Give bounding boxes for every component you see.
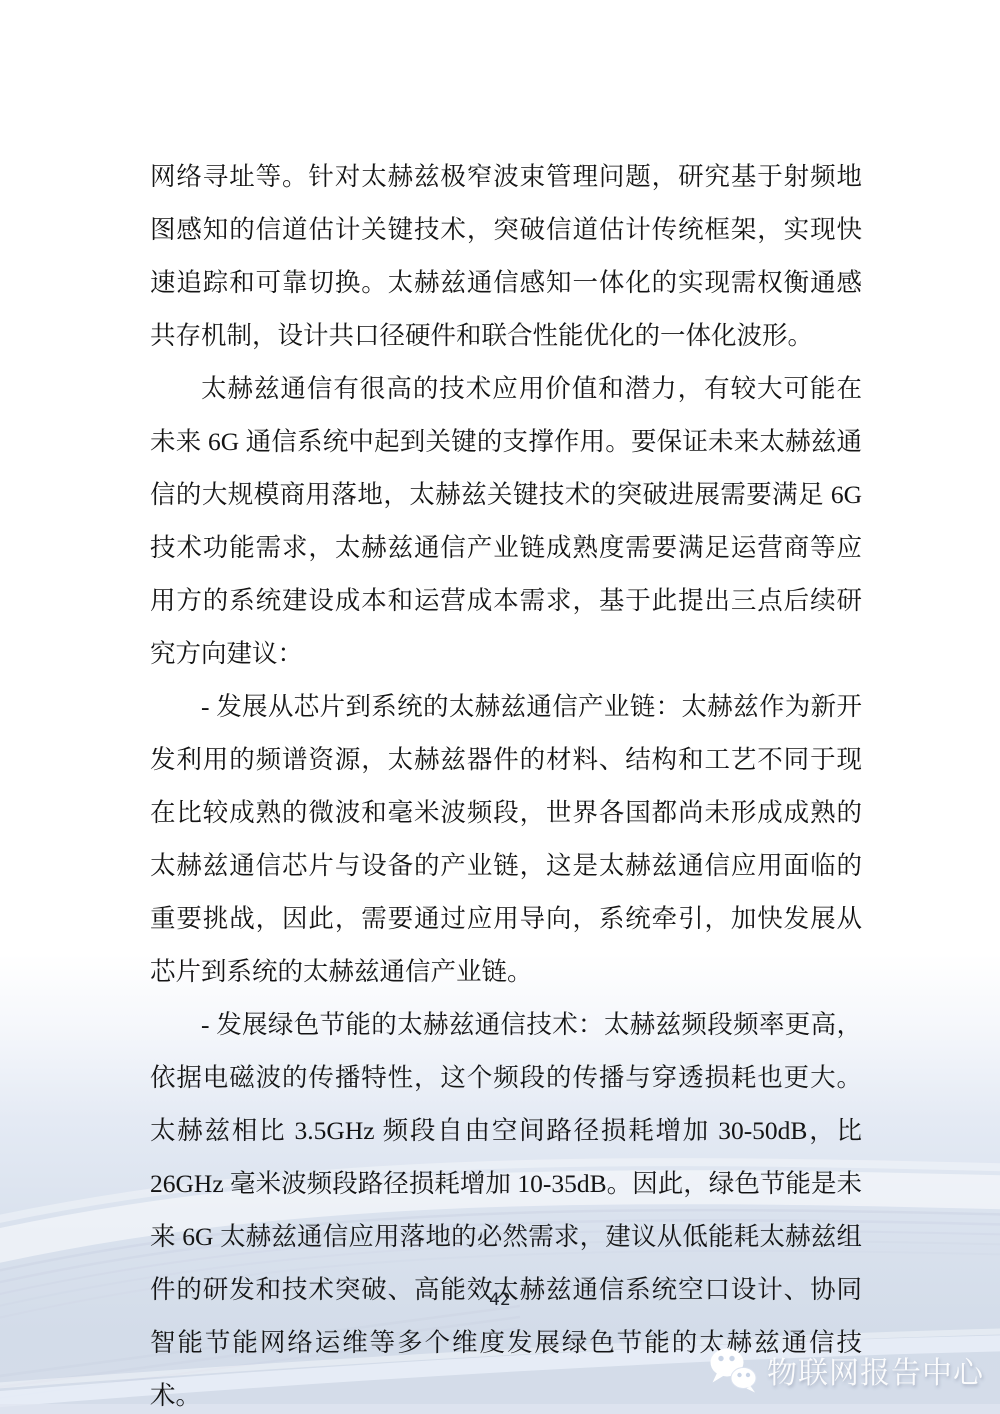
body-paragraph: 网络寻址等。针对太赫兹极窄波束管理问题，研究基于射频地图感知的信道估计关键技术，… bbox=[150, 150, 862, 362]
body-paragraph: 太赫兹通信有很高的技术应用价值和潜力，有较大可能在未来 6G 通信系统中起到关键… bbox=[150, 362, 862, 680]
wechat-icon bbox=[707, 1344, 759, 1396]
watermark: 物联网报告中心 bbox=[707, 1344, 984, 1396]
document-page: 网络寻址等。针对太赫兹极窄波束管理问题，研究基于射频地图感知的信道估计关键技术，… bbox=[0, 0, 1000, 1414]
body-text: 网络寻址等。针对太赫兹极窄波束管理问题，研究基于射频地图感知的信道估计关键技术，… bbox=[150, 150, 862, 1414]
body-paragraph-bullet: - 发展从芯片到系统的太赫兹通信产业链：太赫兹作为新开发利用的频谱资源，太赫兹器… bbox=[150, 680, 862, 998]
page-number: 42 bbox=[0, 1290, 1000, 1310]
watermark-label: 物联网报告中心 bbox=[767, 1348, 984, 1392]
